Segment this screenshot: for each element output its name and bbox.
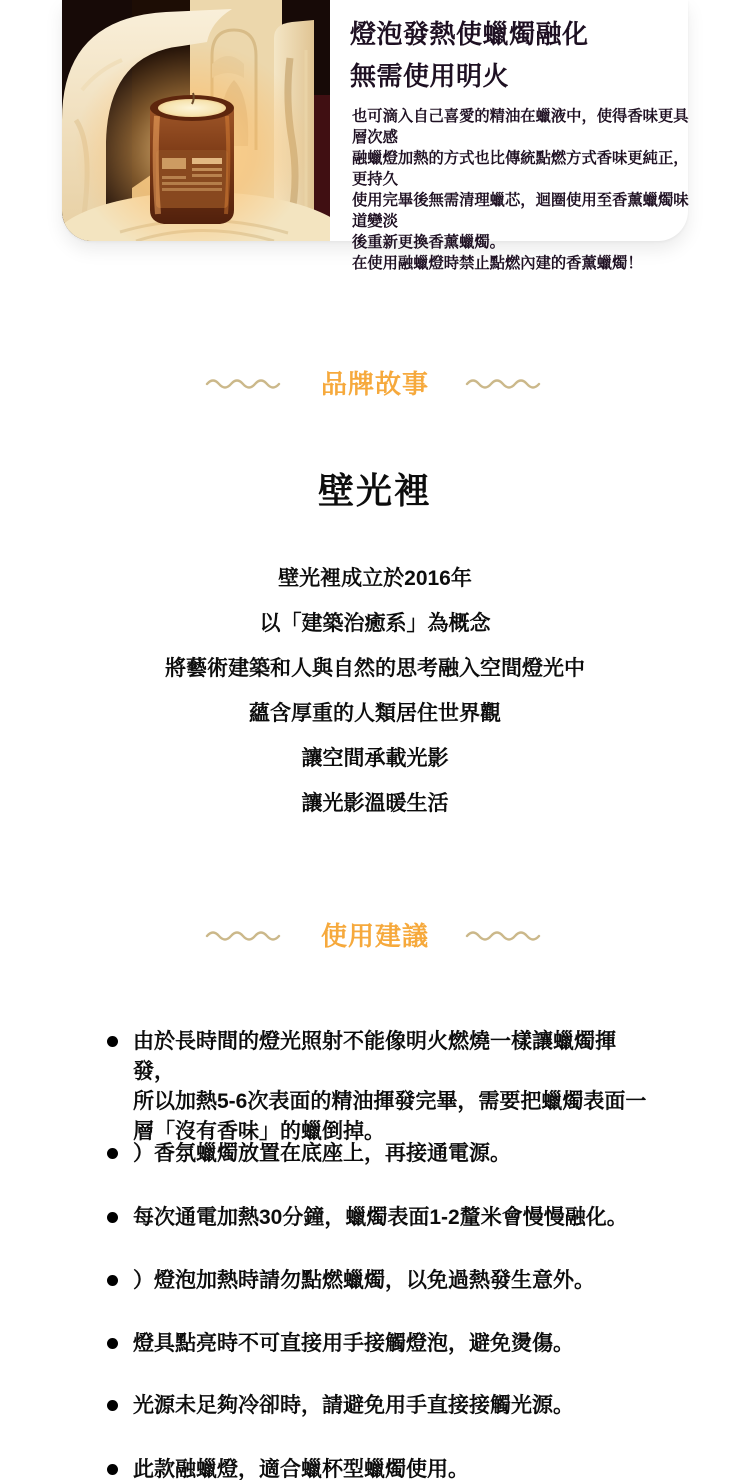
usage-section-title: 使用建議 xyxy=(321,916,429,953)
story-line-4: 蘊含厚重的人類居住世界觀 xyxy=(0,699,750,729)
bullet-text: ）燈泡加熱時請勿點燃蠟燭，以免過熱發生意外。 xyxy=(133,1266,595,1296)
story-line-3: 將藝術建築和人與自然的思考融入空間燈光中 xyxy=(0,654,750,684)
story-line-5: 讓空間承載光影 xyxy=(0,744,750,774)
bullet-text: 每次通電加熱30分鐘，蠟燭表面1-2釐米會慢慢融化。 xyxy=(133,1203,628,1233)
wave-line-icon xyxy=(205,375,285,389)
bullet-text: 此款融蠟燈，適合蠟杯型蠟燭使用。 xyxy=(133,1455,469,1480)
wave-line-icon xyxy=(205,927,285,941)
candle-warmer-photo xyxy=(62,0,330,241)
brand-name: 壁光裡 xyxy=(0,470,750,512)
usage-bullet-6: 光源未足夠冷卻時，請避免用手直接接觸光源。 xyxy=(107,1391,655,1421)
story-line-2: 以「建築治癒系」為概念 xyxy=(0,609,750,639)
bullet-dot-icon xyxy=(107,1338,118,1349)
bullet-dot-icon xyxy=(107,1400,118,1411)
bullet-dot-icon xyxy=(107,1275,118,1286)
usage-section-heading: 使用建議 xyxy=(0,918,750,950)
hero-body: 也可滴入自己喜愛的精油在蠟液中，使得香味更具層次感 融蠟燈加熱的方式也比傳統點燃… xyxy=(352,106,690,274)
bullet-text: 由於長時間的燈光照射不能像明火燃燒一樣讓蠟燭揮發， 所以加熱5-6次表面的精油揮… xyxy=(133,1027,655,1147)
bullet-dot-icon xyxy=(107,1464,118,1475)
hero-card: 燈泡發熱使蠟燭融化 無需使用明火 也可滴入自己喜愛的精油在蠟液中，使得香味更具層… xyxy=(62,0,688,241)
usage-bullet-5: 燈具點亮時不可直接用手接觸燈泡，避免燙傷。 xyxy=(107,1329,655,1359)
brand-story-section-heading: 品牌故事 xyxy=(0,366,750,398)
product-detail-page: 燈泡發熱使蠟燭融化 無需使用明火 也可滴入自己喜愛的精油在蠟液中，使得香味更具層… xyxy=(0,0,750,1480)
usage-bullet-1: 由於長時間的燈光照射不能像明火燃燒一樣讓蠟燭揮發， 所以加熱5-6次表面的精油揮… xyxy=(107,1027,655,1147)
usage-bullet-7: 此款融蠟燈，適合蠟杯型蠟燭使用。 xyxy=(107,1455,655,1480)
bullet-dot-icon xyxy=(107,1148,118,1159)
bullet-text: 燈具點亮時不可直接用手接觸燈泡，避免燙傷。 xyxy=(133,1329,574,1359)
bullet-dot-icon xyxy=(107,1212,118,1223)
wave-line-icon xyxy=(465,927,545,941)
usage-bullet-4: ）燈泡加熱時請勿點燃蠟燭，以免過熱發生意外。 xyxy=(107,1266,655,1296)
usage-bullet-3: 每次通電加熱30分鐘，蠟燭表面1-2釐米會慢慢融化。 xyxy=(107,1203,655,1233)
bullet-dot-icon xyxy=(107,1036,118,1047)
hero-text-block: 燈泡發熱使蠟燭融化 無需使用明火 也可滴入自己喜愛的精油在蠟液中，使得香味更具層… xyxy=(350,13,690,274)
candle-warmer-illustration xyxy=(62,0,330,241)
usage-bullet-2: ）香氛蠟燭放置在底座上，再接通電源。 xyxy=(107,1139,655,1169)
bullet-text: ）香氛蠟燭放置在底座上，再接通電源。 xyxy=(133,1139,511,1169)
bullet-text: 光源未足夠冷卻時，請避免用手直接接觸光源。 xyxy=(133,1391,574,1421)
story-line-6: 讓光影溫暖生活 xyxy=(0,789,750,819)
story-line-1: 壁光裡成立於2016年 xyxy=(0,564,750,594)
brand-story-section-title: 品牌故事 xyxy=(321,364,429,401)
wave-line-icon xyxy=(465,375,545,389)
hero-title: 燈泡發熱使蠟燭融化 無需使用明火 xyxy=(350,13,690,97)
